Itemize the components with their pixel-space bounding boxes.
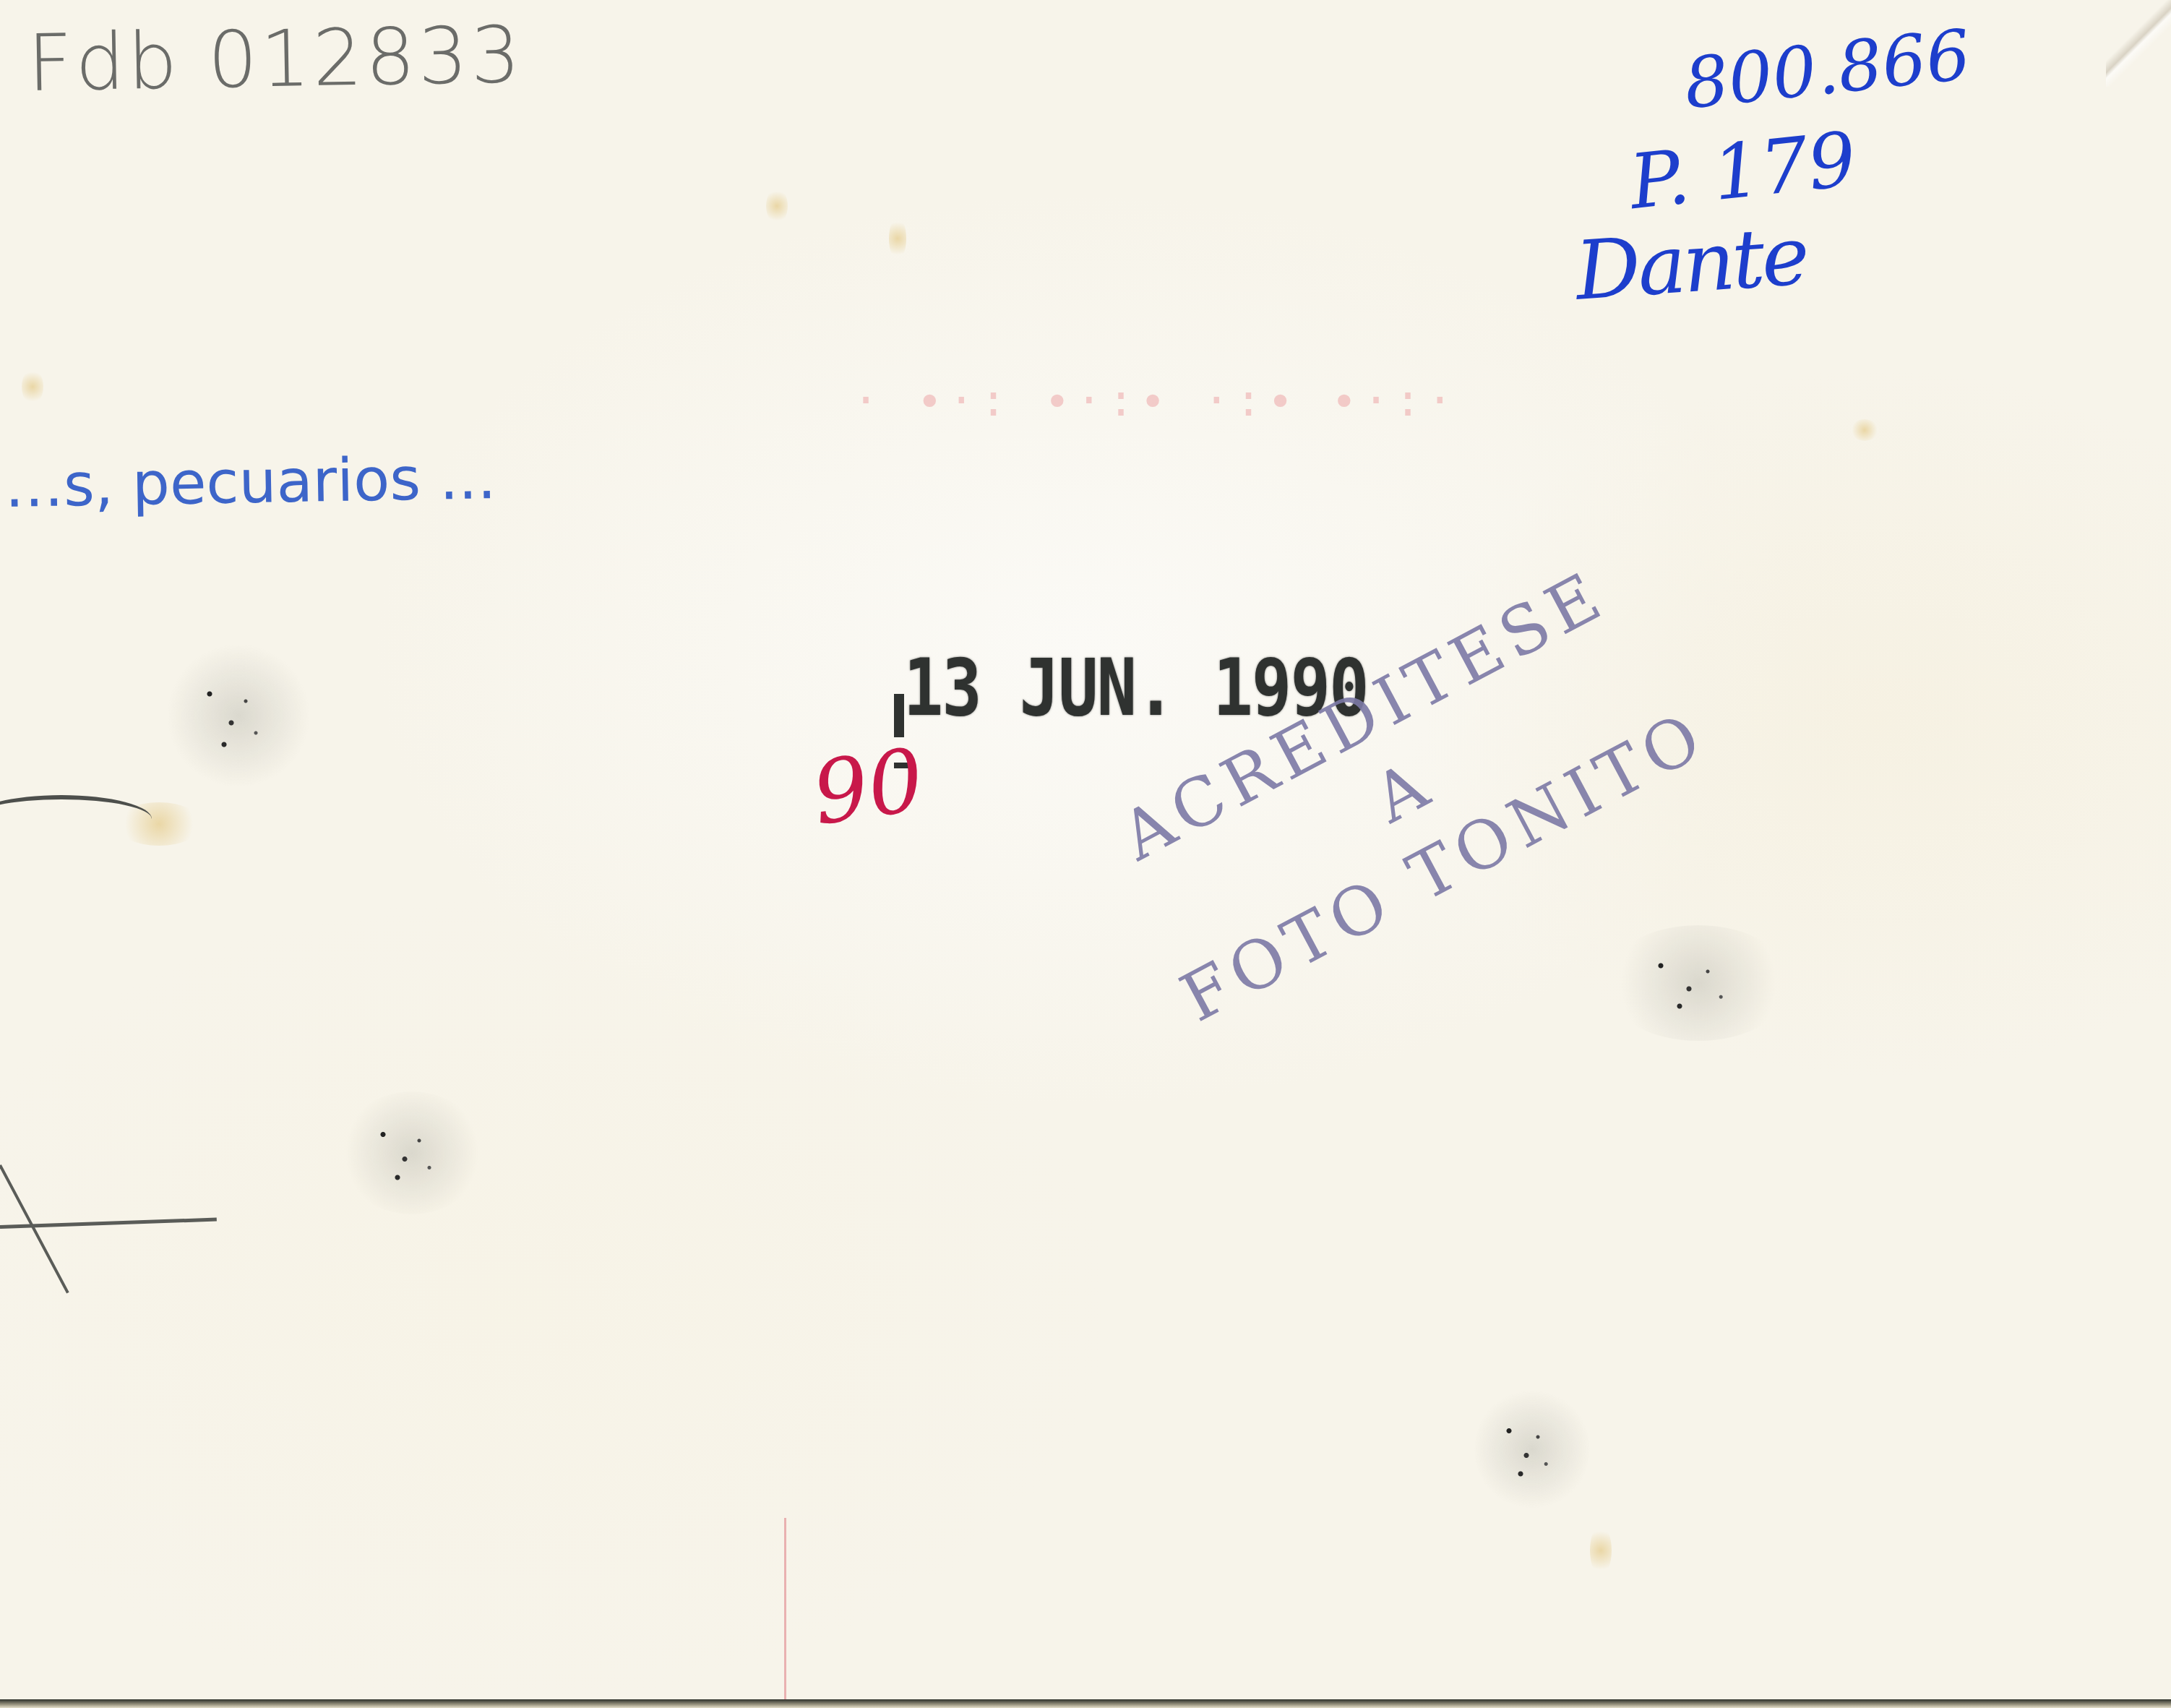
photo-back: illegible faint red ink trace · ∙·: ∙·:∙… bbox=[0, 0, 2171, 1708]
dust-speckles bbox=[340, 1091, 484, 1214]
red-scratch-line bbox=[784, 1518, 786, 1706]
caption-fragment: …s, pecuarios ... bbox=[4, 444, 496, 521]
foxing-stain bbox=[22, 369, 43, 405]
foxing-stain bbox=[1850, 419, 1879, 441]
pencil-line-mark bbox=[0, 1164, 69, 1293]
dust-speckles bbox=[1474, 1388, 1590, 1511]
dust-speckles bbox=[1604, 925, 1792, 1041]
red-bleed-through-visual: · ∙·: ∙·:∙ ·:∙ ∙·:· bbox=[853, 376, 1458, 426]
scan-bottom-edge bbox=[0, 1699, 2171, 1708]
foxing-stain bbox=[889, 217, 906, 260]
archive-reference: Fdb 012833 bbox=[27, 10, 524, 109]
page-reference: P. 179 bbox=[1625, 115, 1860, 226]
stamp-fragment bbox=[894, 694, 904, 737]
signature: Dante bbox=[1573, 209, 1810, 319]
catalog-number: 800.866 bbox=[1680, 14, 1974, 125]
foxing-stain bbox=[766, 188, 788, 224]
red-number: 90 bbox=[807, 730, 930, 845]
dust-speckles bbox=[166, 643, 311, 788]
foxing-stain bbox=[1590, 1525, 1612, 1576]
corner-crease bbox=[2106, 0, 2171, 87]
